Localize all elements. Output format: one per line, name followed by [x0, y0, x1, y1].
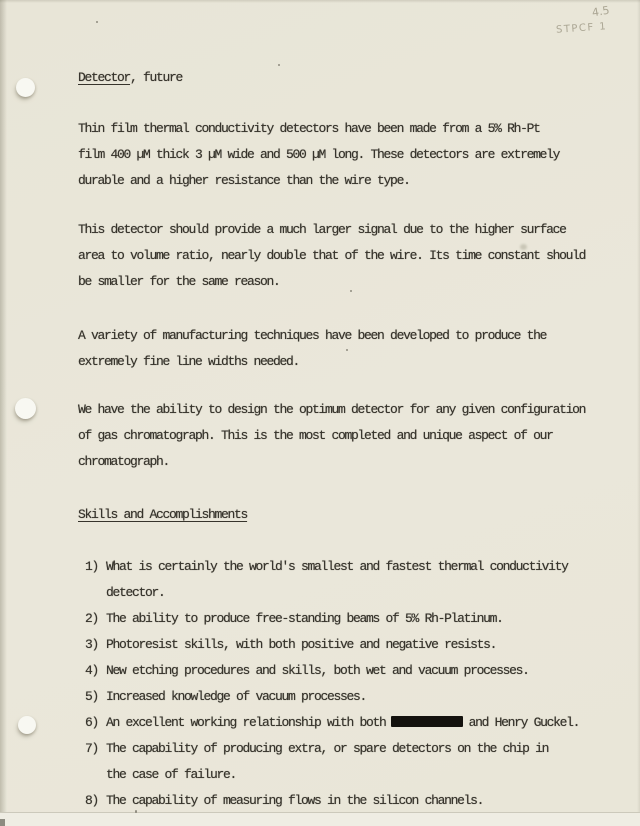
- paragraph: A variety of manufacturing techniques ha…: [78, 323, 546, 375]
- text-line: 2)The ability to produce free-standing b…: [85, 606, 579, 632]
- page-top-edge-shadow: [0, 0, 640, 3]
- text-line: extremely fine line widths needed.: [78, 349, 546, 375]
- page-left-edge-shadow: [0, 0, 7, 826]
- redaction-box: [391, 716, 463, 727]
- punch-hole-middle: [15, 398, 36, 419]
- text-line: 8)The capability of measuring flows in t…: [85, 788, 579, 814]
- text-line: 1)What is certainly the world's smallest…: [85, 554, 579, 580]
- item-number: 6): [85, 710, 106, 736]
- list-item: 2)The ability to produce free-standing b…: [85, 606, 579, 632]
- item-number: 2): [85, 606, 106, 632]
- item-number: 4): [85, 658, 106, 684]
- skills-list: 1)What is certainly the world's smallest…: [85, 554, 579, 814]
- text-line: 6)An excellent working relationship with…: [85, 710, 579, 736]
- page-bottom-edge: [0, 812, 640, 826]
- paragraph: This detector should provide a much larg…: [78, 217, 585, 295]
- punch-hole-top: [16, 78, 35, 97]
- text-line: the case of failure.: [106, 762, 579, 788]
- item-number: 1): [85, 554, 106, 580]
- text-line: This detector should provide a much larg…: [78, 217, 585, 243]
- text-line: 7)The capability of producing extra, or …: [85, 736, 579, 762]
- list-item: 5)Increased knowledge of vacuum processe…: [85, 684, 579, 710]
- text-line: detector.: [106, 580, 579, 606]
- document-page: 4.5 STPCF 1 Detector, future Thin film t…: [0, 0, 640, 826]
- list-item: 1)What is certainly the world's smallest…: [85, 554, 579, 606]
- text-line: film 400 µM thick 3 µM wide and 500 µM l…: [78, 142, 559, 168]
- section-heading-detector-future: Detector, future: [78, 65, 182, 91]
- list-item: 6)An excellent working relationship with…: [85, 710, 579, 736]
- item-number: 7): [85, 736, 106, 762]
- list-item: 8)The capability of measuring flows in t…: [85, 788, 579, 814]
- list-item: 7)The capability of producing extra, or …: [85, 736, 579, 788]
- paper-speck: [278, 64, 280, 66]
- paragraph: Thin film thermal conductivity detectors…: [78, 116, 559, 194]
- item-number: 3): [85, 632, 106, 658]
- text-line: area to volume ratio, nearly double that…: [78, 243, 585, 269]
- paper-speck: [96, 21, 98, 23]
- list-item: 3)Photoresist skills, with both positive…: [85, 632, 579, 658]
- bottom-left-corner-mark: [0, 819, 5, 826]
- text-line: Thin film thermal conductivity detectors…: [78, 116, 559, 142]
- text-line: durable and a higher resistance than the…: [78, 168, 559, 194]
- item-number: 5): [85, 684, 106, 710]
- pencil-annotation: STPCF 1: [556, 21, 608, 36]
- text-line: 5)Increased knowledge of vacuum processe…: [85, 684, 579, 710]
- section-heading-skills: Skills and Accomplishments: [78, 502, 247, 528]
- text-line: 3)Photoresist skills, with both positive…: [85, 632, 579, 658]
- text-line: We have the ability to design the optimu…: [78, 397, 585, 423]
- text-line: chromatograph.: [78, 449, 585, 475]
- paragraph: We have the ability to design the optimu…: [78, 397, 585, 475]
- text-line: A variety of manufacturing techniques ha…: [78, 323, 546, 349]
- text-line: 4)New etching procedures and skills, bot…: [85, 658, 579, 684]
- heading-rest: , future: [130, 70, 182, 85]
- item-number: 8): [85, 788, 106, 814]
- text-line: be smaller for the same reason.: [78, 269, 585, 295]
- punch-hole-bottom: [18, 716, 36, 734]
- heading-underlined-part: Detector: [78, 70, 130, 85]
- text-line: of gas chromatograph. This is the most c…: [78, 423, 585, 449]
- pencil-annotation: 4.5: [591, 4, 610, 20]
- heading-underlined-part: Skills and Accomplishments: [78, 507, 247, 522]
- list-item: 4)New etching procedures and skills, bot…: [85, 658, 579, 684]
